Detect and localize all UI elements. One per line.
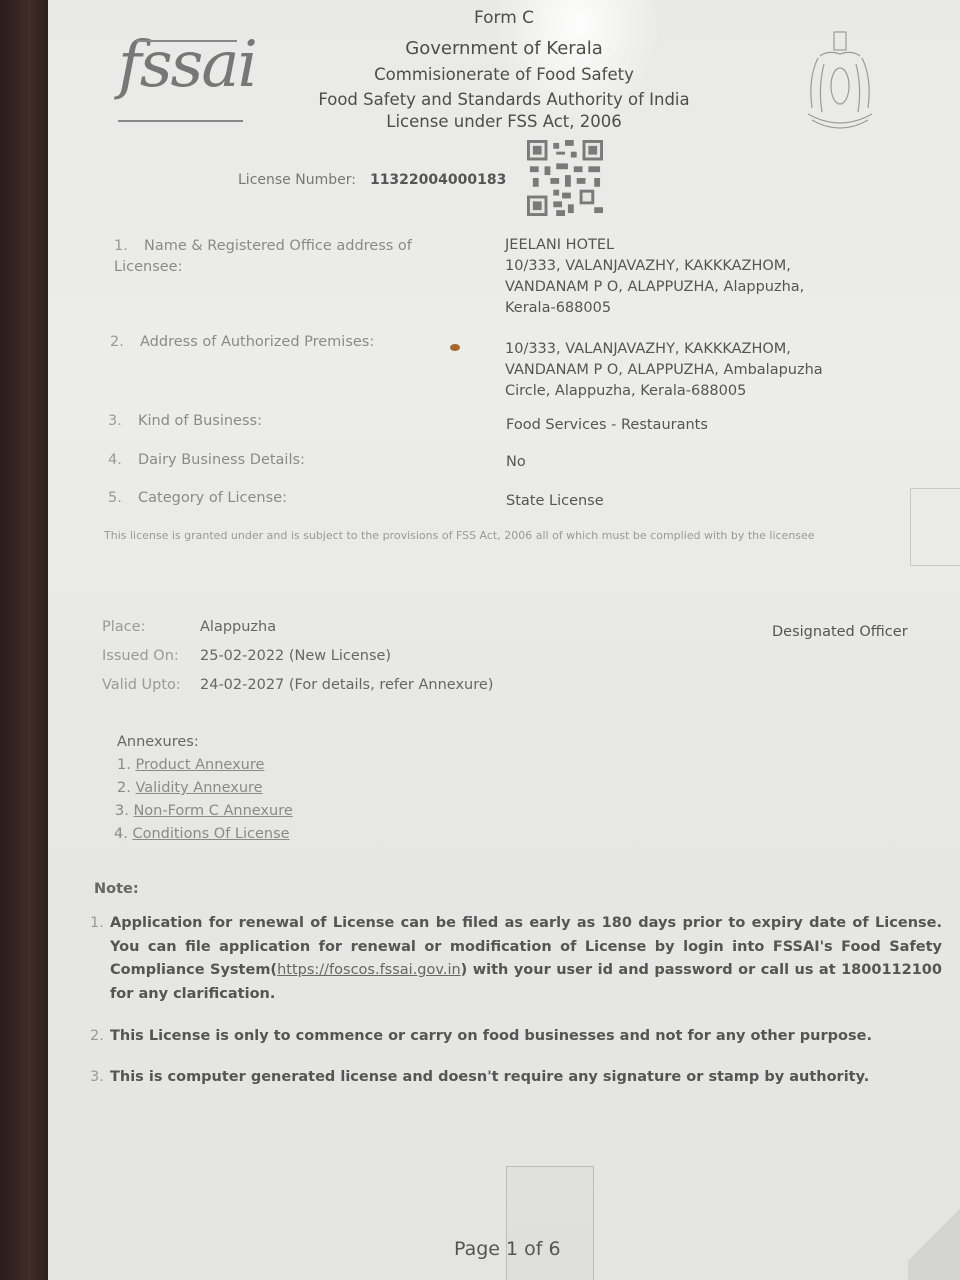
note-1: 1.Application for renewal of License can… xyxy=(110,912,942,1006)
annexure-number: 1. xyxy=(117,757,131,773)
address-line: 10/333, VALANJAVAZHY, KAKKKAZHOM, xyxy=(505,339,823,360)
place-value: Alappuzha xyxy=(200,619,276,635)
licensee-address: JEELANI HOTEL 10/333, VALANJAVAZHY, KAKK… xyxy=(505,235,804,319)
address-line: VANDANAM P O, ALAPPUZHA, Alappuzha, xyxy=(505,277,804,298)
annexure-item: 4. Conditions Of License xyxy=(114,826,290,842)
valid-label: Valid Upto: xyxy=(102,677,200,693)
note-number: 3. xyxy=(90,1066,104,1090)
note-text: This License is only to commence or carr… xyxy=(110,1028,872,1044)
annexure-number: 4. xyxy=(114,826,128,842)
business-kind-value: Food Services - Restaurants xyxy=(506,415,708,436)
note-3: 3.This is computer generated license and… xyxy=(110,1066,942,1090)
annexure-item: 1. Product Annexure xyxy=(117,757,264,773)
detail-label: Kind of Business: xyxy=(138,413,262,429)
tape-piece xyxy=(506,1166,594,1280)
detail-number: 5. xyxy=(108,490,138,506)
address-line: Circle, Alappuzha, Kerala-688005 xyxy=(505,381,823,402)
valid-row: Valid Upto:24-02-2027 (For details, refe… xyxy=(102,677,493,693)
category-value: State License xyxy=(506,491,604,512)
license-number-label: License Number: xyxy=(238,172,356,188)
validity-annexure-link[interactable]: Validity Annexure xyxy=(135,780,262,796)
detail-row-dairy: 4.Dairy Business Details: xyxy=(108,452,305,468)
tape-piece xyxy=(910,488,960,566)
detail-row-category: 5.Category of License: xyxy=(108,490,287,506)
annexure-number: 3. xyxy=(115,803,129,819)
premises-address: 10/333, VALANJAVAZHY, KAKKKAZHOM, VANDAN… xyxy=(505,339,823,402)
background-frame xyxy=(0,0,48,1280)
detail-label: Address of Authorized Premises: xyxy=(140,334,374,350)
act-title: License under FSS Act, 2006 xyxy=(48,112,960,131)
detail-row-business-kind: 3.Kind of Business: xyxy=(108,413,262,429)
government-title: Government of Kerala xyxy=(48,38,960,59)
licensee-name: JEELANI HOTEL xyxy=(505,235,804,256)
issued-label: Issued On: xyxy=(102,648,200,664)
non-form-c-annexure-link[interactable]: Non-Form C Annexure xyxy=(133,803,292,819)
detail-label: Name & Registered Office address of Lice… xyxy=(114,238,412,275)
dairy-value: No xyxy=(506,452,526,473)
place-row: Place:Alappuzha xyxy=(102,619,276,635)
annexure-item: 2. Validity Annexure xyxy=(117,780,263,796)
issued-value: 25-02-2022 (New License) xyxy=(200,648,391,664)
note-text: This is computer generated license and d… xyxy=(110,1069,869,1085)
license-document: fssai Form C Government of Kerala Commis… xyxy=(48,0,960,1280)
issued-row: Issued On:25-02-2022 (New License) xyxy=(102,648,391,664)
valid-value: 24-02-2027 (For details, refer Annexure) xyxy=(200,677,493,693)
detail-label: Category of License: xyxy=(138,490,287,506)
annexure-number: 2. xyxy=(117,780,131,796)
note-title: Note: xyxy=(94,881,139,897)
address-line: Kerala-688005 xyxy=(505,298,804,319)
note-2: 2.This License is only to commence or ca… xyxy=(110,1025,942,1049)
detail-row-premises-label: 2.Address of Authorized Premises: xyxy=(110,334,374,350)
qr-code-icon[interactable] xyxy=(526,140,604,216)
note-number: 2. xyxy=(90,1025,104,1049)
annexure-item: 3. Non-Form C Annexure xyxy=(115,803,293,819)
conditions-of-license-link[interactable]: Conditions Of License xyxy=(132,826,289,842)
detail-number: 4. xyxy=(108,452,138,468)
note-number: 1. xyxy=(90,912,104,936)
place-label: Place: xyxy=(102,619,200,635)
designated-officer: Designated Officer xyxy=(772,624,908,640)
form-title: Form C xyxy=(48,8,960,28)
product-annexure-link[interactable]: Product Annexure xyxy=(135,757,264,773)
detail-label: Dairy Business Details: xyxy=(138,452,305,468)
address-line: VANDANAM P O, ALAPPUZHA, Ambalapuzha xyxy=(505,360,823,381)
detail-number: 1. xyxy=(114,236,144,257)
license-number: License Number:11322004000183 xyxy=(238,172,506,188)
detail-row-licensee-label: 1.Name & Registered Office address of Li… xyxy=(114,236,434,278)
annexures-title: Annexures: xyxy=(117,734,199,750)
page-number: Page 1 of 6 xyxy=(454,1238,561,1260)
provision-note: This license is granted under and is sub… xyxy=(104,528,824,544)
authority-title: Food Safety and Standards Authority of I… xyxy=(48,90,960,109)
commissionerate-title: Commisionerate of Food Safety xyxy=(48,65,960,84)
license-number-value: 11322004000183 xyxy=(370,172,506,188)
address-line: 10/333, VALANJAVAZHY, KAKKKAZHOM, xyxy=(505,256,804,277)
foscos-link[interactable]: https://foscos.fssai.gov.in xyxy=(277,962,461,978)
detail-number: 3. xyxy=(108,413,138,429)
corner-fold xyxy=(908,1180,960,1280)
stain-mark xyxy=(450,344,460,351)
detail-number: 2. xyxy=(110,334,140,350)
